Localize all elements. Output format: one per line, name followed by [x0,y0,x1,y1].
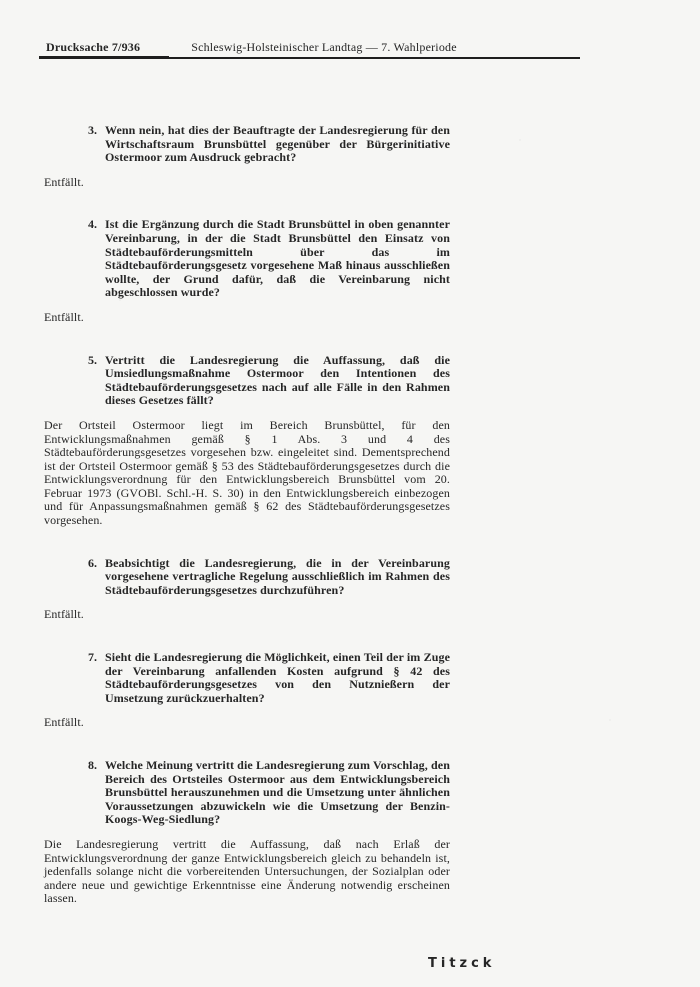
header-title: Schleswig-Holsteinischer Landtag — 7. Wa… [191,41,457,55]
question-text: Sieht die Landesregierung die Möglichkei… [105,651,450,705]
question-text: Ist die Ergänzung durch die Stadt Brunsb… [105,218,450,300]
qa-item-4: 4. Ist die Ergänzung durch die Stadt Bru… [44,218,450,324]
question-number: 3. [88,124,105,165]
question-8: 8. Welche Meinung vertritt die Landesreg… [88,759,450,827]
answer-text: Der Ortsteil Ostermoor liegt im Bereich … [44,419,450,528]
doc-number: Drucksache 7/936 [46,41,140,55]
question-text: Welche Meinung vertritt die Landesregier… [105,759,450,827]
question-text: Vertritt die Landesregierung die Auffass… [105,354,450,408]
question-number: 8. [88,759,105,827]
answer-text: Entfällt. [44,176,450,190]
page-header: Drucksache 7/936 Schleswig-Holsteinische… [46,41,660,55]
question-7: 7. Sieht die Landesregierung die Möglich… [88,651,450,705]
header-rule-left-segment [39,56,169,59]
document-body: 3. Wenn nein, hat dies der Beauftragte d… [44,124,450,971]
question-5: 5. Vertritt die Landesregierung die Auff… [88,354,450,408]
question-4: 4. Ist die Ergänzung durch die Stadt Bru… [88,218,450,300]
question-3: 3. Wenn nein, hat dies der Beauftragte d… [88,124,450,165]
answer-text: Entfällt. [44,608,450,622]
question-number: 5. [88,354,105,408]
qa-item-8: 8. Welche Meinung vertritt die Landesreg… [44,759,450,906]
answer-text: Entfällt. [44,311,450,325]
question-number: 7. [88,651,105,705]
question-number: 6. [88,557,105,598]
document-page: Drucksache 7/936 Schleswig-Holsteinische… [0,0,700,987]
question-6: 6. Beabsichtigt die Landesregierung, die… [88,557,450,598]
signature: Titzck [428,957,450,971]
question-text: Wenn nein, hat dies der Beauftragte der … [105,124,450,165]
qa-item-7: 7. Sieht die Landesregierung die Möglich… [44,651,450,730]
qa-item-6: 6. Beabsichtigt die Landesregierung, die… [44,557,450,622]
question-text: Beabsichtigt die Landesregierung, die in… [105,557,450,598]
answer-text: Die Landesregierung vertritt die Auffass… [44,838,450,906]
qa-item-3: 3. Wenn nein, hat dies der Beauftragte d… [44,124,450,189]
qa-item-5: 5. Vertritt die Landesregierung die Auff… [44,354,450,528]
question-number: 4. [88,218,105,300]
answer-text: Entfällt. [44,716,450,730]
